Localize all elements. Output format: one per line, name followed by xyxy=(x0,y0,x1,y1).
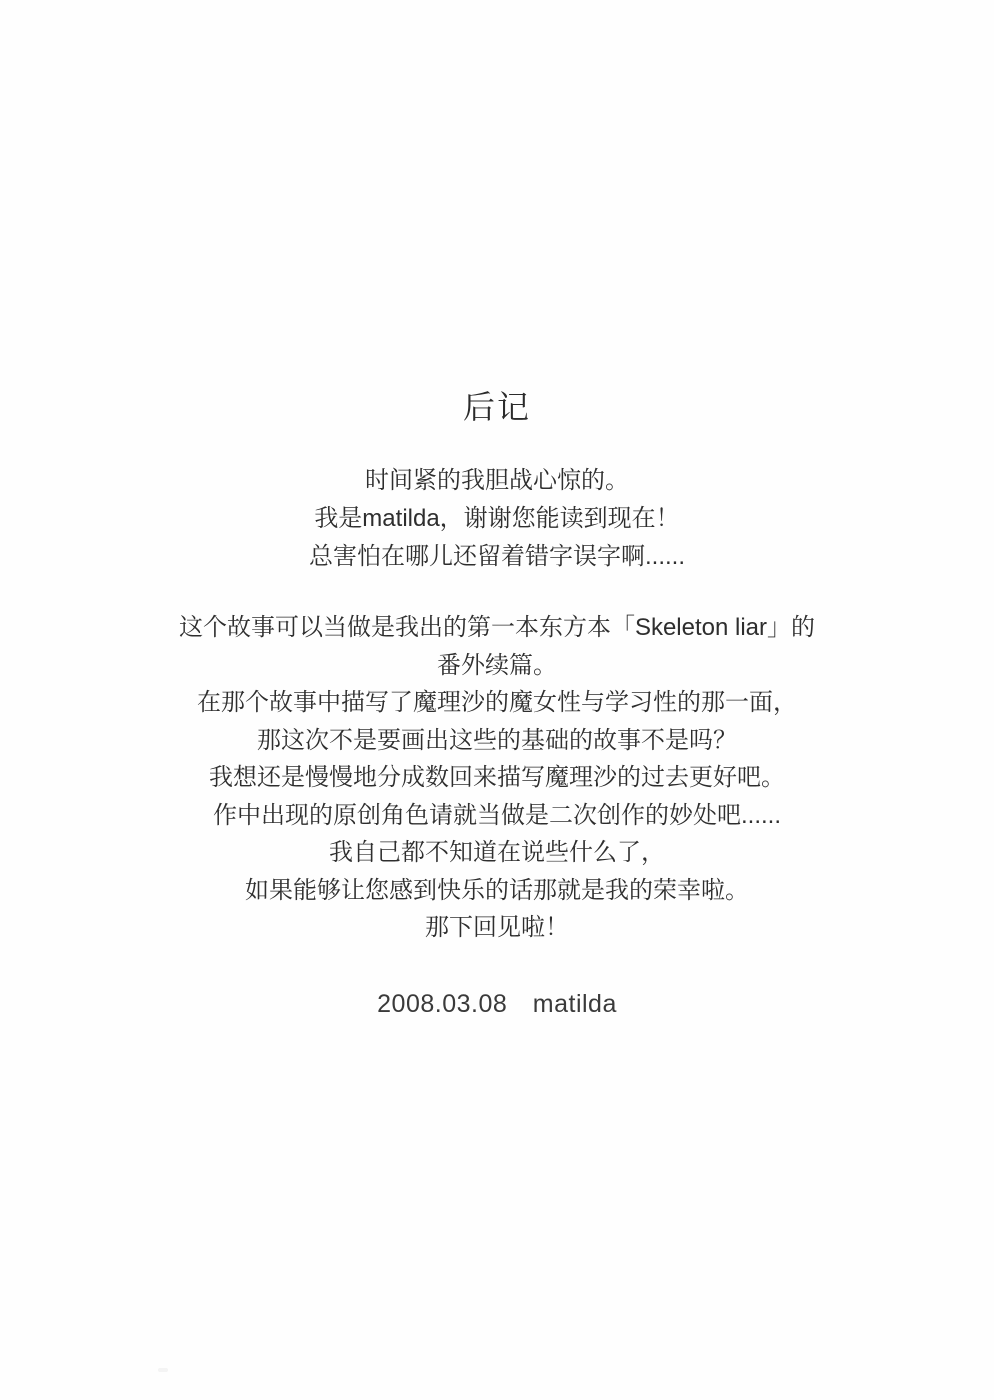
afterword-line: 番外续篇。 xyxy=(0,647,994,685)
afterword-line: 时间紧的我胆战心惊的。 xyxy=(0,462,994,500)
date-signature: 2008.03.08 matilda xyxy=(0,984,994,1020)
afterword-line: 我想还是慢慢地分成数回来描写魔理沙的过去更好吧。 xyxy=(0,759,994,797)
paragraph-story-notes: 这个故事可以当做是我出的第一本东方本「Skeleton liar」的 番外续篇。… xyxy=(0,609,994,947)
afterword-line: 这个故事可以当做是我出的第一本东方本「Skeleton liar」的 xyxy=(0,609,994,647)
afterword-line: 那下回见啦！ xyxy=(0,909,994,947)
afterword-line: 在那个故事中描写了魔理沙的魔女性与学习性的那一面， xyxy=(0,684,994,722)
afterword-line: 如果能够让您感到快乐的话那就是我的荣幸啦。 xyxy=(0,872,994,910)
afterword-page: 后记 时间紧的我胆战心惊的。 我是matilda，谢谢您能读到现在！ 总害怕在哪… xyxy=(0,0,994,1400)
afterword-line: 那这次不是要画出这些的基础的故事不是吗？ xyxy=(0,722,994,760)
afterword-line: 我是matilda，谢谢您能读到现在！ xyxy=(0,500,994,538)
page-title: 后记 xyxy=(0,382,994,428)
paragraph-greeting: 时间紧的我胆战心惊的。 我是matilda，谢谢您能读到现在！ 总害怕在哪儿还留… xyxy=(0,462,994,576)
afterword-line: 我自己都不知道在说些什么了， xyxy=(0,834,994,872)
scan-noise-mark xyxy=(158,1368,168,1372)
afterword-line: 作中出现的原创角色请就当做是二次创作的妙处吧...... xyxy=(0,797,994,835)
afterword-line: 总害怕在哪儿还留着错字误字啊...... xyxy=(0,538,994,576)
